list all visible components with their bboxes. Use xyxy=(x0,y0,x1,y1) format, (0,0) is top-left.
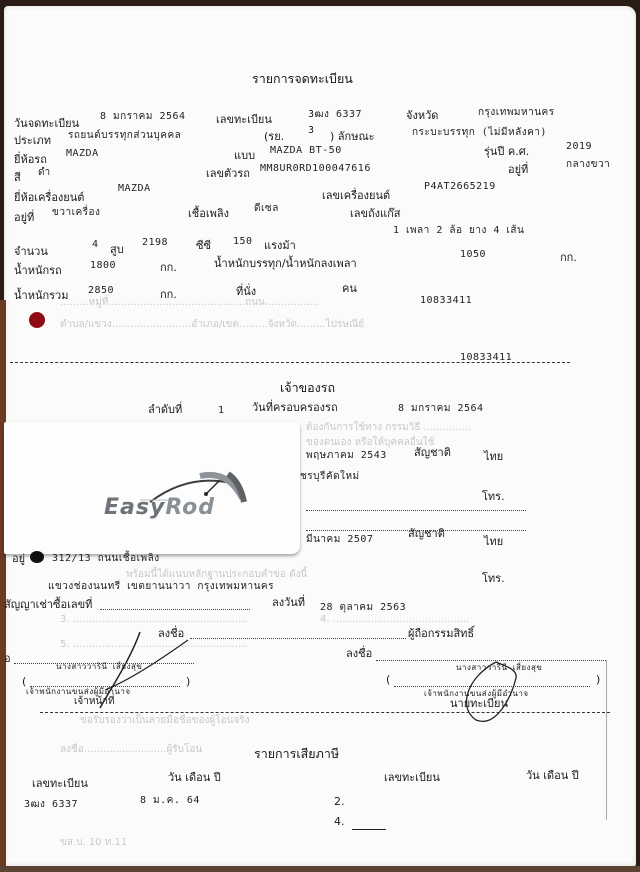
possession-date-label: วันที่ครอบครองรถ xyxy=(252,402,338,413)
province-label: จังหวัด xyxy=(406,110,438,121)
load-label: น้ำหนักบรรทุก/น้ำหนักลงเพลา xyxy=(214,258,357,269)
tax-col-date-2: วัน เดือน ปี xyxy=(526,770,579,781)
tax-row-2: 2. xyxy=(334,796,345,807)
gas-tank-label: เลขถังแก๊ส xyxy=(350,208,401,219)
load-unit: กก. xyxy=(560,252,577,263)
paper-bottom-edge xyxy=(0,866,640,872)
body-style-value: กระบะบรรทุก (ไม่มีหลังคา) xyxy=(412,128,547,138)
cylinders-value: 4 xyxy=(92,240,99,250)
load-value: 1050 xyxy=(460,250,486,260)
fuel-label: เชื้อเพลิง xyxy=(188,208,229,219)
cc-value: 2198 xyxy=(142,238,168,248)
brand-value: MAZDA xyxy=(66,149,99,159)
weight-unit: กก. xyxy=(160,262,177,273)
tax-row-4: 4. xyxy=(334,816,345,827)
axles-value: 1 เพลา 2 ล้อ ยาง 4 เส้น xyxy=(393,226,524,236)
tax-row-date: 8 ม.ค. 64 xyxy=(140,796,200,806)
hp-label: แรงม้า xyxy=(264,240,296,251)
engine-no-value: P4AT2665219 xyxy=(424,182,496,192)
owner-address-fragment: ชรบุรีคัดใหม่ xyxy=(300,472,360,482)
tax-col-plate: เลขทะเบียน xyxy=(32,778,88,789)
cc-label: ซีซี xyxy=(196,240,211,251)
plate-label: เลขทะเบียน xyxy=(216,114,272,125)
engine-location-label: อยู่ที่ xyxy=(14,212,34,223)
owner-order-label: ลำดับที่ xyxy=(148,404,182,415)
serial-number: 10833411 xyxy=(420,296,472,306)
ry-value: 3 xyxy=(308,126,315,136)
ry-close-label: ) ลักษณะ xyxy=(330,131,375,142)
model-year-label: รุ่นปี ค.ศ. xyxy=(484,146,529,157)
serial-stamp: 10833411 xyxy=(460,353,512,363)
occupant-address-label: อยู่ xyxy=(12,553,25,564)
vin-location-value: กลางขวา xyxy=(566,160,610,170)
type-label: ประเภท xyxy=(14,135,51,146)
cylinders-label: สูบ xyxy=(110,244,124,255)
gross-value: 2850 xyxy=(88,286,114,296)
document-title: รายการจดทะเบียน xyxy=(252,73,353,86)
weight-value: 1800 xyxy=(90,261,116,271)
ry-label: (รย. xyxy=(264,131,284,142)
tax-row-plate: 3ฒง 6337 xyxy=(24,800,78,810)
lease-label: สัญญาเช่าซื้อเลขที่ xyxy=(4,599,92,610)
owner-nationality-value: ไทย xyxy=(484,451,503,462)
fuel-value: ดีเซล xyxy=(254,204,279,214)
type-value: รถยนต์บรรทุกส่วนบุคคล xyxy=(68,131,181,141)
tax-section-title: รายการเสียภาษี xyxy=(254,748,339,761)
punch-hole-mark xyxy=(29,312,45,328)
engine-brand-value: MAZDA xyxy=(118,184,151,194)
vin-label: เลขตัวรถ xyxy=(206,168,250,179)
tax-col-date: วัน เดือน ปี xyxy=(168,772,221,783)
occupant-address-line1: 312/13 ถนนเชื้อเพลิง xyxy=(52,554,160,564)
right-sign-label: ลงชื่อ xyxy=(346,648,372,659)
model-value: MAZDA BT-50 xyxy=(270,146,342,156)
plate-value: 3ฒง 6337 xyxy=(308,110,362,120)
left-sign-prefix: อ xyxy=(4,653,11,664)
model-year-value: 2019 xyxy=(566,142,592,152)
hp-value: 150 xyxy=(233,237,253,247)
occupant-birth-fragment: มีนาคม 2507 xyxy=(306,535,373,545)
reg-date-label: วันจดทะเบียน xyxy=(14,118,79,129)
brand-label: ยี่ห้อรถ xyxy=(14,154,47,165)
form-code: ขส.บ. 10 ท.11 xyxy=(60,838,127,848)
holder-label: ผู้ถือกรรมสิทธิ์ xyxy=(408,628,474,639)
model-label: แบบ xyxy=(234,150,255,161)
seats-unit: คน xyxy=(342,283,357,294)
owner-phone-label: โทร. xyxy=(482,491,505,502)
vin-value: MM8UR0RD100047616 xyxy=(260,164,371,174)
occupant-nationality-value: ไทย xyxy=(484,536,503,547)
engine-location-value: ขวาเครื่อง xyxy=(52,208,100,218)
owner-section-title: เจ้าของรถ xyxy=(280,382,335,395)
owner-birth-fragment: พฤษภาคม 2543 xyxy=(306,451,387,461)
engine-no-label: เลขเครื่องยนต์ xyxy=(322,190,390,201)
color-label: สี xyxy=(14,172,21,183)
count-label: จำนวน xyxy=(14,246,48,257)
seats-label: ที่นั่ง xyxy=(236,286,256,297)
tax-col-plate-2: เลขทะเบียน xyxy=(384,772,440,783)
owner-order-value: 1 xyxy=(218,406,225,416)
occupant-nationality-label: สัญชาติ xyxy=(408,528,445,539)
weight-label: น้ำหนักรถ xyxy=(14,265,62,276)
reg-date-value: 8 มกราคม 2564 xyxy=(100,112,186,122)
vin-location-label: อยู่ที่ xyxy=(508,164,528,175)
possession-date-value: 8 มกราคม 2564 xyxy=(398,404,484,414)
right-signature-icon xyxy=(456,658,536,728)
lease-date-label: ลงวันที่ xyxy=(272,597,305,608)
color-value: ดำ xyxy=(38,168,51,178)
lease-date-value: 28 ตุลาคม 2563 xyxy=(320,603,406,613)
left-signature-icon xyxy=(80,630,190,710)
punch-hole-mark-2 xyxy=(30,551,44,563)
watermark-brand: EasyRod xyxy=(104,495,215,520)
province-value: กรุงเทพมหานคร xyxy=(478,108,555,118)
occupant-phone-label: โทร. xyxy=(482,573,505,584)
occupant-address-line2: แขวงช่องนนทรี เขตยานนาวา กรุงเทพมหานคร xyxy=(48,582,274,592)
paper-edge xyxy=(0,300,6,872)
engine-brand-label: ยี่ห้อเครื่องยนต์ xyxy=(14,192,84,203)
owner-nationality-label: สัญชาติ xyxy=(414,447,451,458)
